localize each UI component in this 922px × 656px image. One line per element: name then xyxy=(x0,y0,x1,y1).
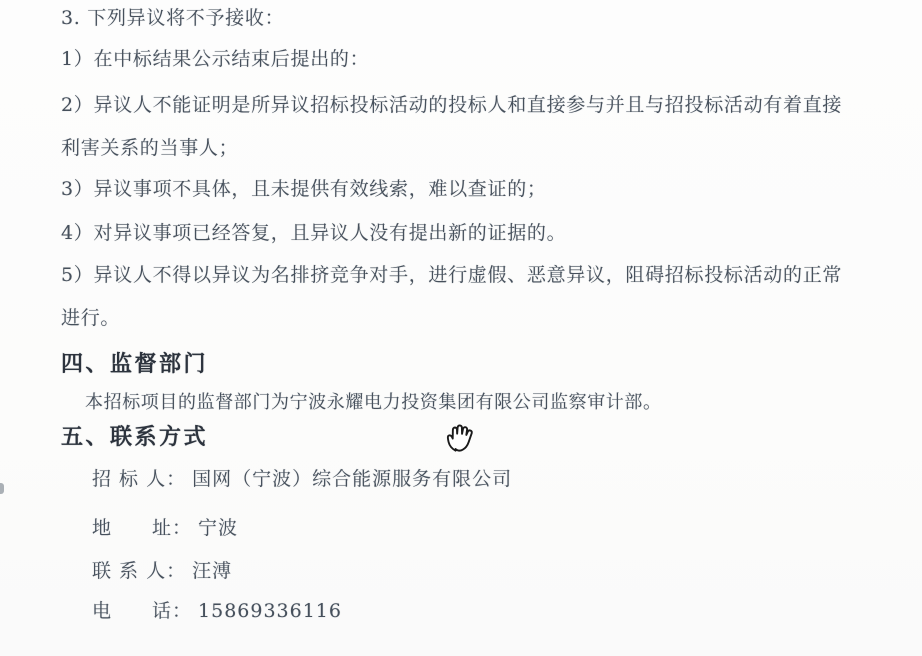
rejection-item-5-line-2: 进行。 xyxy=(61,309,120,328)
grab-hand-cursor-icon xyxy=(441,413,479,455)
contact-label-phone: 电 话： xyxy=(92,602,192,621)
contact-value-phone: 15869336116 xyxy=(198,602,342,621)
document-page: 3. 下列异议将不予接收： 1）在中标结果公示结束后提出的： 2）异议人不能证明… xyxy=(0,0,922,656)
contact-label-person: 联 系 人： xyxy=(92,562,186,581)
contact-label-bidder: 招 标 人： xyxy=(92,470,186,489)
rejection-item-2-line-1: 2）异议人不能证明是所异议招标投标活动的投标人和直接参与并且与招投标活动有着直接 xyxy=(61,96,842,115)
rejection-item-4: 4）对异议事项已经答复，且异议人没有提出新的证据的。 xyxy=(61,224,566,243)
contact-value-bidder: 国网（宁波）综合能源服务有限公司 xyxy=(192,470,512,489)
contact-row-bidder: 招 标 人： 国网（宁波）综合能源服务有限公司 xyxy=(92,470,512,489)
contact-row-person: 联 系 人： 汪溥 xyxy=(92,562,232,581)
rejection-item-3: 3）异议事项不具体，且未提供有效线索，难以查证的； xyxy=(61,180,547,199)
section-4-body: 本招标项目的监督部门为宁波永耀电力投资集团有限公司监察审计部。 xyxy=(85,394,662,412)
section-4-heading: 四、监督部门 xyxy=(61,353,208,375)
scan-edge-artifact xyxy=(0,483,4,494)
rejection-item-2-line-2: 利害关系的当事人； xyxy=(61,139,238,158)
contact-row-phone: 电 话： 15869336116 xyxy=(92,602,342,621)
rejection-intro-line: 3. 下列异议将不予接收： xyxy=(61,9,284,28)
rejection-item-5-line-1: 5）异议人不得以异议为名排挤竞争对手，进行虚假、恶意异议，阻碍招标投标活动的正常 xyxy=(61,266,842,285)
section-5-heading: 五、联系方式 xyxy=(61,426,208,448)
contact-value-person: 汪溥 xyxy=(192,562,232,581)
contact-row-address: 地 址： 宁波 xyxy=(92,519,238,538)
contact-label-address: 地 址： xyxy=(92,519,192,538)
contact-value-address: 宁波 xyxy=(198,519,238,538)
rejection-item-1: 1）在中标结果公示结束后提出的： xyxy=(61,50,369,69)
